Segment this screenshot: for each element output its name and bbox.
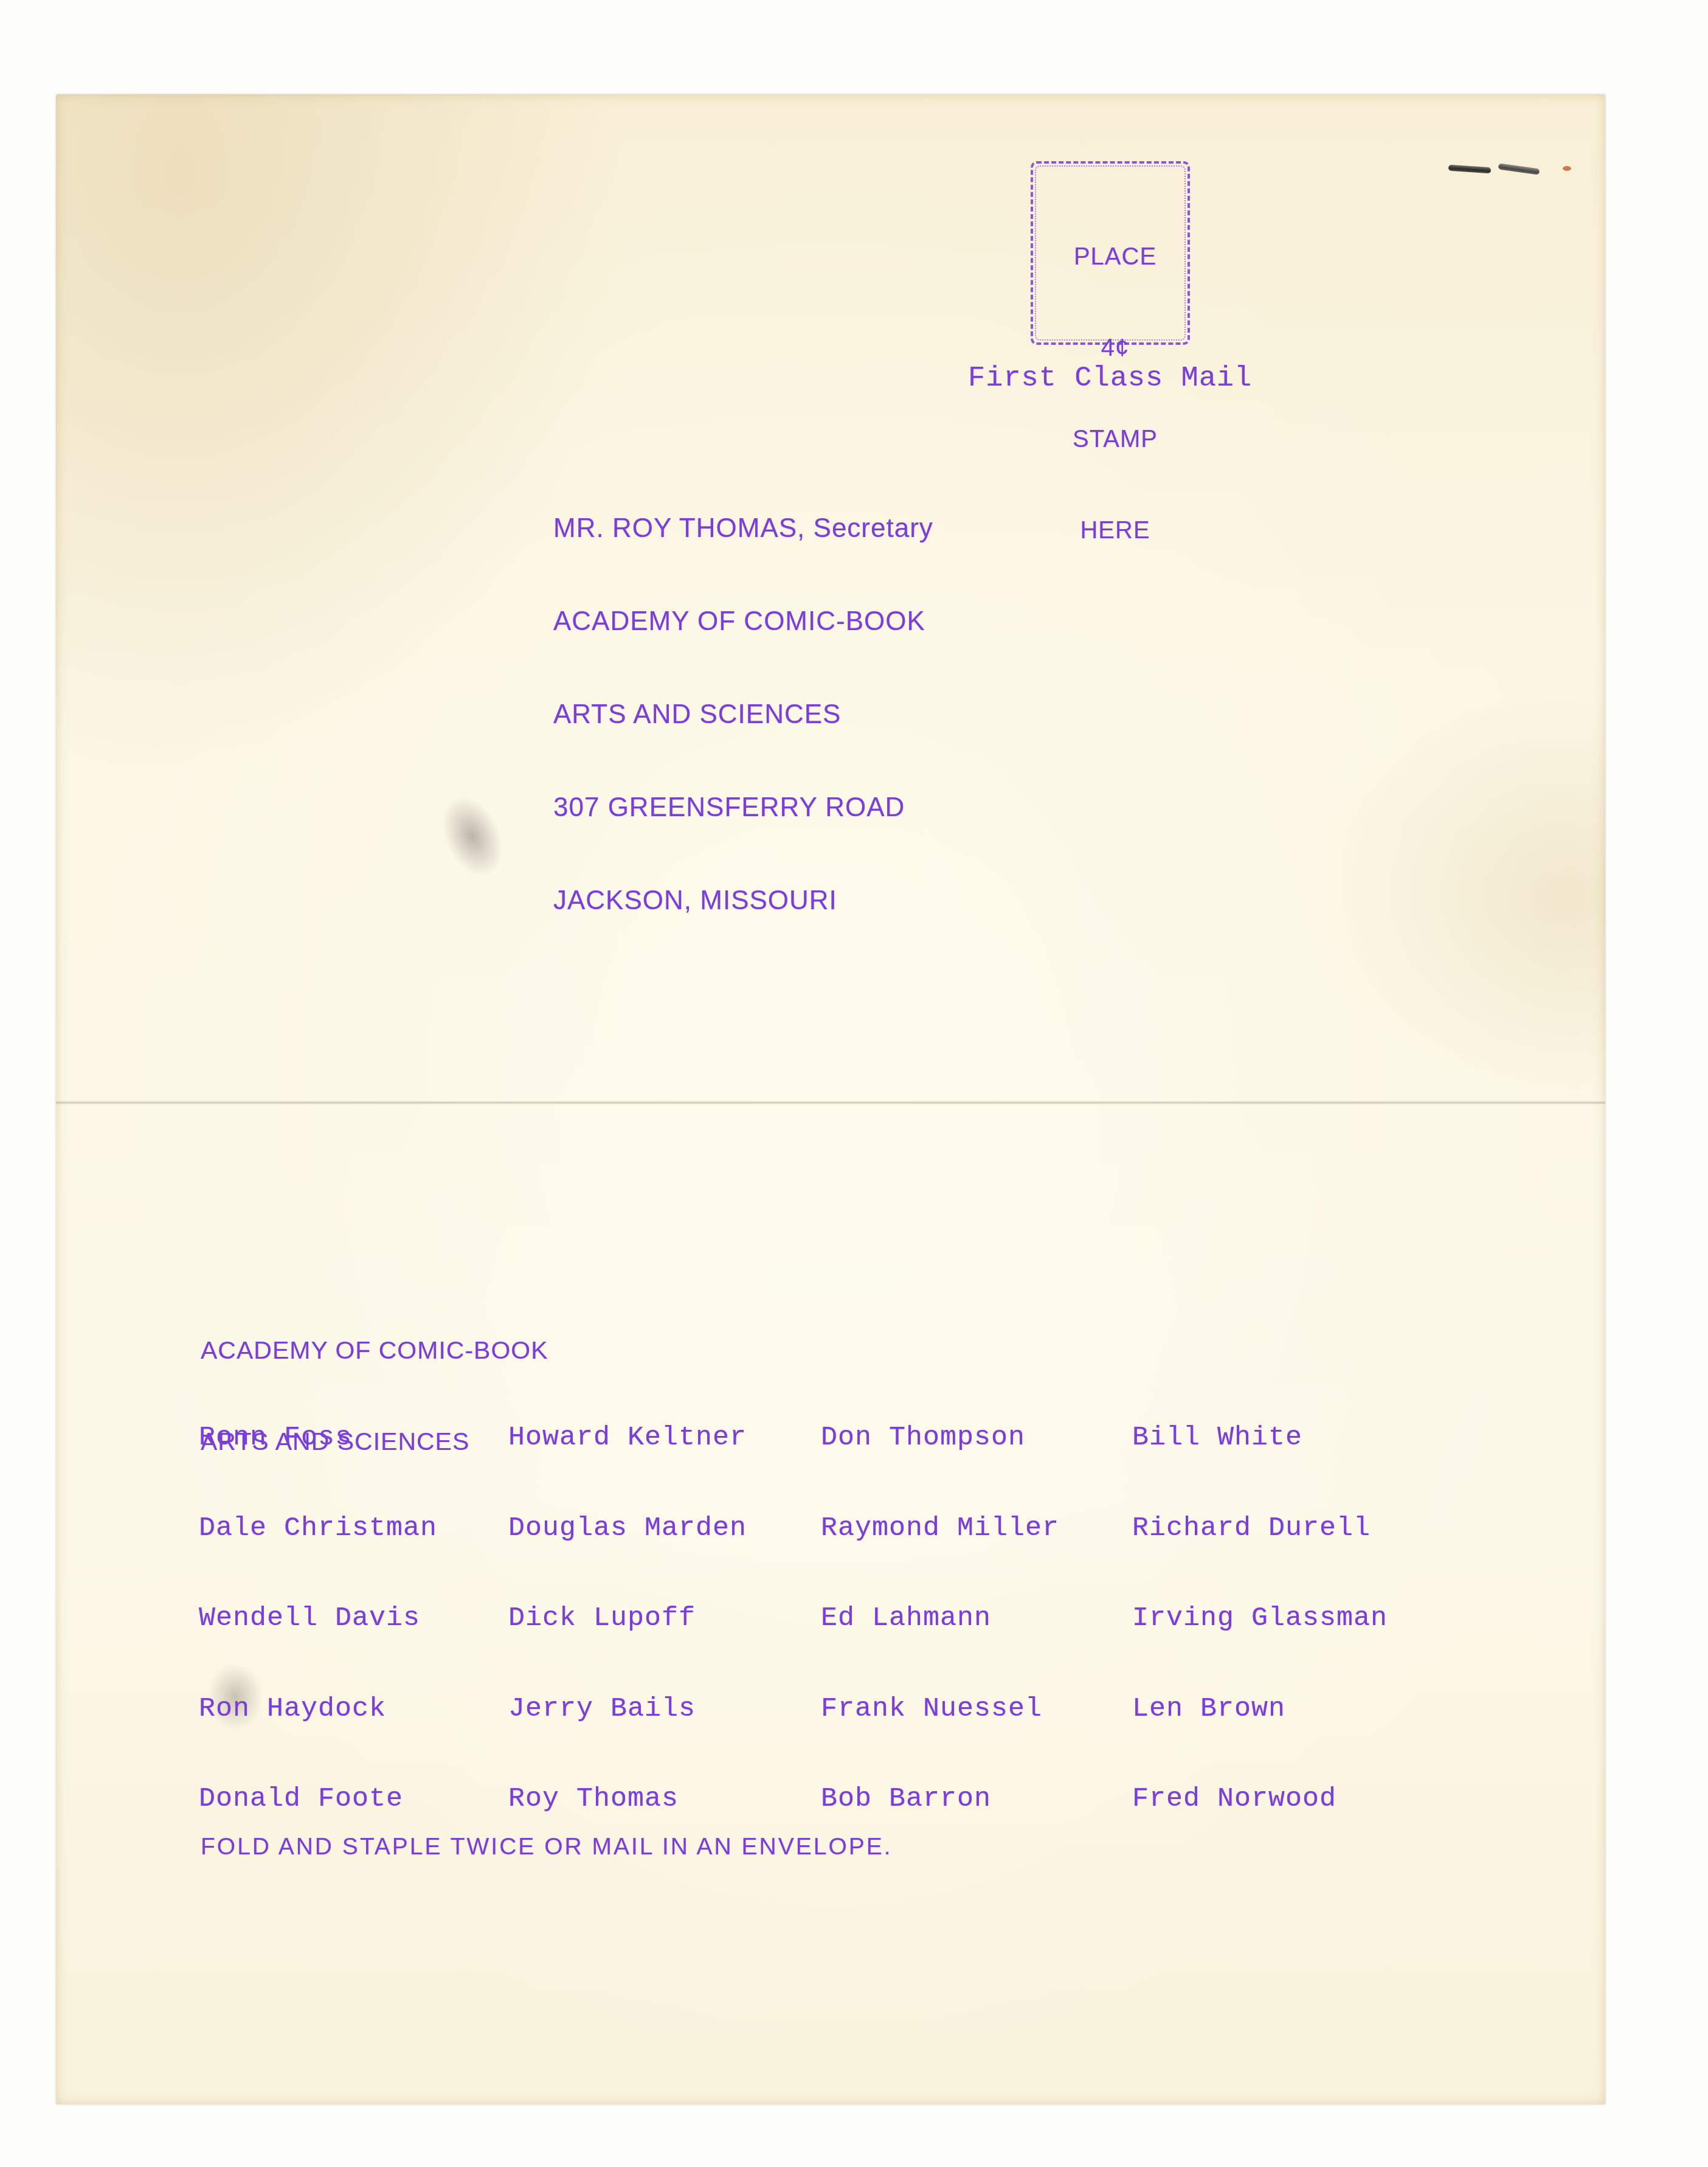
address-line: ARTS AND SCIENCES xyxy=(553,699,933,730)
member-name: Roy Thomas xyxy=(508,1784,747,1814)
recipient-address: MR. ROY THOMAS, Secretary ACADEMY OF COM… xyxy=(553,451,933,978)
address-line: 307 GREENSFERRY ROAD xyxy=(553,792,933,823)
mailer-page: PLACE 4¢ STAMP HERE First Class Mail MR.… xyxy=(56,94,1605,2104)
member-name: Wendell Davis xyxy=(199,1603,437,1634)
member-name: Raymond Miller xyxy=(821,1513,1059,1544)
address-line: JACKSON, MISSOURI xyxy=(553,885,933,916)
staple-left-leg xyxy=(1448,165,1492,174)
member-name: Ron Haydock xyxy=(199,1694,437,1724)
member-name: Frank Nuessel xyxy=(821,1694,1059,1724)
member-column: Don Thompson Raymond Miller Ed Lahmann F… xyxy=(821,1362,1059,1874)
member-column: Bill White Richard Durell Irving Glassma… xyxy=(1132,1362,1388,1874)
academy-heading-line: ACADEMY OF COMIC-BOOK xyxy=(201,1335,548,1365)
stamp-line: 4¢ xyxy=(1057,333,1173,363)
member-name: Dick Lupoff xyxy=(508,1603,747,1634)
smudge-mark xyxy=(430,786,516,887)
member-name: Richard Durell xyxy=(1132,1513,1388,1544)
member-name: Don Thompson xyxy=(821,1423,1059,1453)
stamp-line: PLACE xyxy=(1057,241,1173,272)
address-line: ACADEMY OF COMIC-BOOK xyxy=(553,606,933,637)
member-column: Ronn Foss Dale Christman Wendell Davis R… xyxy=(199,1362,437,1874)
stamp-line: STAMP xyxy=(1057,424,1173,454)
member-name: Irving Glassman xyxy=(1132,1603,1388,1634)
member-name: Bob Barron xyxy=(821,1784,1059,1814)
stamp-line: HERE xyxy=(1057,515,1173,546)
member-name: Douglas Marden xyxy=(508,1513,747,1544)
member-name: Fred Norwood xyxy=(1132,1784,1388,1814)
mail-class-label: First Class Mail xyxy=(968,362,1252,396)
member-name: Len Brown xyxy=(1132,1694,1388,1724)
member-name: Howard Keltner xyxy=(508,1423,747,1453)
member-name: Ed Lahmann xyxy=(821,1603,1059,1634)
stamp-placement-box: PLACE 4¢ STAMP HERE xyxy=(1031,161,1190,345)
address-line: MR. ROY THOMAS, Secretary xyxy=(553,513,933,544)
mailing-instruction: FOLD AND STAPLE TWICE OR MAIL IN AN ENVE… xyxy=(201,1832,893,1862)
member-column: Howard Keltner Douglas Marden Dick Lupof… xyxy=(508,1362,747,1874)
staple-right-leg xyxy=(1498,163,1540,175)
member-name: Jerry Bails xyxy=(508,1694,747,1724)
member-name: Dale Christman xyxy=(199,1513,437,1544)
member-name: Bill White xyxy=(1132,1423,1388,1453)
fold-crease xyxy=(56,1101,1605,1104)
member-name: Donald Foote xyxy=(199,1784,437,1814)
rust-spot xyxy=(1563,166,1571,171)
member-name: Ronn Foss xyxy=(199,1423,437,1453)
